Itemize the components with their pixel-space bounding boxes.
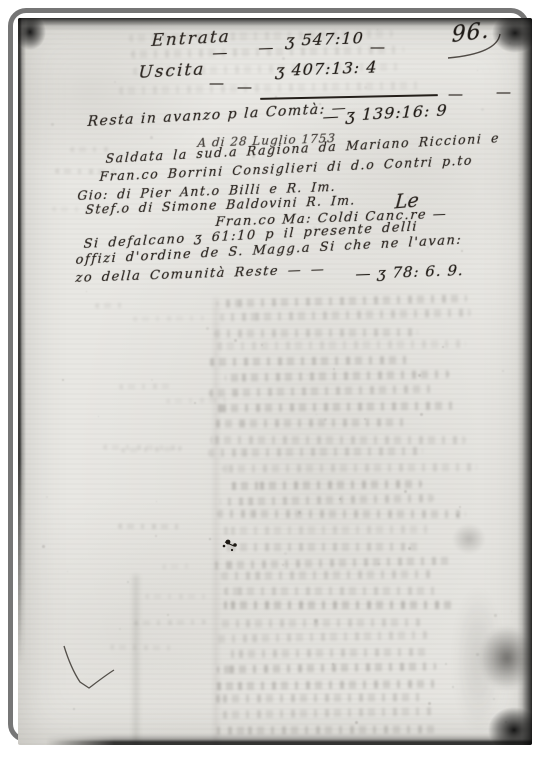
bleedthrough-mark [73,708,75,710]
bleedthrough-mark [226,543,423,552]
bleedthrough-mark [208,447,423,457]
bleedthrough-mark [209,356,412,366]
bleedthrough-mark [209,385,438,397]
bleedthrough-mark [110,645,172,651]
bleedthrough-mark [194,402,196,404]
bleedthrough-mark [333,368,335,370]
bleedthrough-mark [420,413,423,416]
ink-dash: — [258,38,274,57]
bleedthrough-mark [477,70,478,71]
bleedthrough-mark [70,727,71,728]
bleedthrough-mark [282,57,285,60]
bleedthrough-mark [214,418,409,427]
bleedthrough-mark [127,581,129,583]
bleedthrough-mark [46,496,48,498]
scan-corner-shadow [18,18,46,50]
bleedthrough-mark [206,327,209,330]
bleedthrough-mark [119,81,420,94]
bleedthrough-mark [217,340,466,350]
bleedthrough-mark [95,303,128,309]
bleedthrough-mark [114,81,116,83]
bleedthrough-mark [212,557,452,570]
bleedthrough-mark [219,525,430,534]
bleedthrough-mark [408,547,411,550]
bleedthrough-mark [298,511,301,514]
bleedthrough-mark [461,250,463,252]
scan-edge-right [517,18,532,745]
scan-edge-bottom [46,734,532,745]
bleedthrough-mark [222,463,477,473]
bleedthrough-mark [217,662,436,673]
bleedthrough-mark [156,501,157,502]
uscita-label: Uscita [138,59,206,83]
bleedthrough-mark [316,414,317,415]
bleedthrough-mark [511,611,512,612]
bleedthrough-mark [223,601,457,609]
bleedthrough-mark [210,436,466,444]
sum-rule-line [260,94,438,100]
bleedthrough-mark [324,418,327,421]
scan-corner-shadow [492,18,532,53]
bleedthrough-mark [214,328,418,337]
bleedthrough-mark [502,370,504,372]
bleedthrough-mark [220,494,434,506]
bleedthrough-mark [133,315,204,321]
bleedthrough-mark [332,663,334,665]
paper-crease [214,298,218,745]
bleedthrough-mark [355,721,358,724]
uscita-amount: ʒ 407:13: 4 [275,57,378,80]
ink-dash: — [237,78,252,96]
resto-amount: — ʒ 78: 6. 9. [355,261,464,283]
paper-crease [133,575,139,745]
bleedthrough-mark [151,379,153,381]
bleedthrough-mark [134,619,206,625]
bleedthrough-mark [119,384,170,390]
bleedthrough-mark [155,535,157,537]
bleedthrough-mark [221,570,435,580]
bleedthrough-mark [70,147,111,152]
bleedthrough-mark [404,490,407,493]
ink-dash: — [209,74,224,92]
scan-edge-top [18,18,532,31]
bleedthrough-mark [214,631,428,643]
bleedthrough-mark [428,702,431,705]
bleedthrough-mark [225,370,449,382]
bleedthrough-mark [98,416,99,417]
bleedthrough-mark [220,309,471,322]
bleedthrough-mark [224,587,442,595]
bleedthrough-mark [481,108,484,111]
bleedthrough-mark [150,136,153,139]
pen-checkmark [64,646,114,688]
bleedthrough-mark [162,564,190,570]
bleedthrough-mark [456,514,459,517]
bleedthrough-mark [166,397,230,403]
ink-dash: — [370,38,385,56]
bleedthrough-mark [215,693,426,703]
ink-dash: — [448,85,463,103]
bleedthrough-mark [217,510,466,518]
scanned-document-view: Entrata — — ʒ 547:10 — 96. Uscita — — ʒ … [0,0,547,760]
bleedthrough-mark [442,346,444,348]
bleedthrough-mark [121,446,182,453]
scan-corner-shadow [488,707,532,745]
bleedthrough-mark [67,571,68,572]
ink-dash: — [496,83,511,101]
scan-edge-left [18,18,27,666]
manuscript-page: Entrata — — ʒ 547:10 — 96. Uscita — — ʒ … [18,18,532,745]
bleedthrough-mark [118,524,185,529]
bleedthrough-mark [209,538,211,540]
bleedthrough-mark [339,498,341,500]
bleedthrough-mark [51,123,54,126]
bleedthrough-mark [218,618,421,627]
bleedthrough-mark [224,480,422,490]
bleedthrough-mark [145,594,213,599]
bleedthrough-mark [42,545,45,548]
bleedthrough-mark [284,552,287,555]
smudge-stain [446,518,492,560]
bleedthrough-mark [459,506,461,508]
bleedthrough-mark [86,291,87,292]
bleedthrough-mark [62,379,64,381]
bleedthrough-mark [215,680,440,690]
bleedthrough-mark [314,619,318,623]
bleedthrough-mark [228,648,429,658]
entrata-amount: ʒ 547:10 [285,28,364,50]
bleedthrough-mark [214,402,456,413]
bleedthrough-mark [234,339,237,342]
bleedthrough-mark [282,564,284,566]
bleedthrough-mark [119,628,121,630]
bleedthrough-mark [222,707,434,719]
ink-dash: — [212,43,228,62]
bleedthrough-mark [378,563,380,565]
bleedthrough-mark [167,614,169,616]
bleedthrough-mark [217,294,467,307]
resta-line: Resta in avanzo p la Comtà: — [87,100,347,130]
